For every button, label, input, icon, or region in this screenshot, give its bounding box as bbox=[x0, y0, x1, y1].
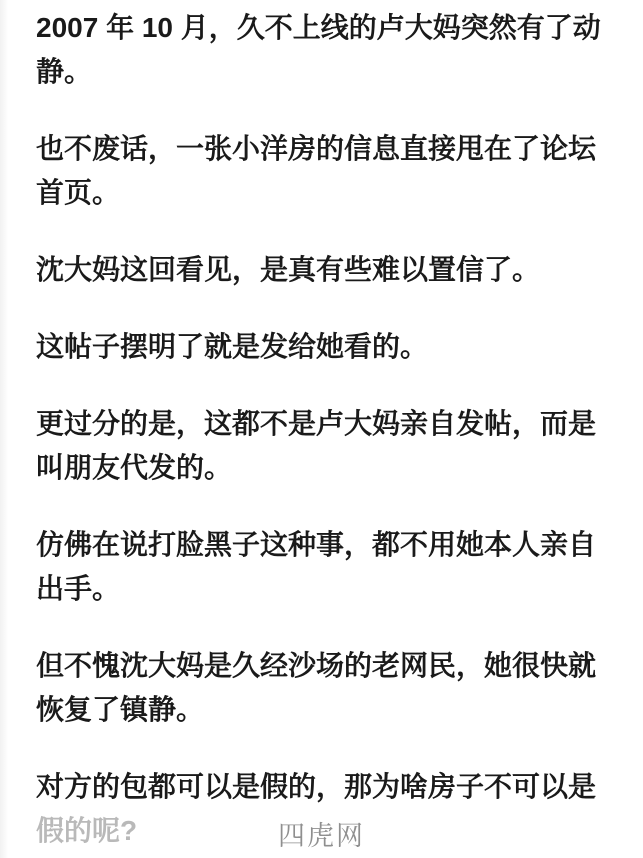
paragraph: 更过分的是，这都不是卢大妈亲自发帖，而是叫朋友代发的。 bbox=[36, 402, 610, 490]
watermark-text: 四虎网 bbox=[278, 818, 365, 854]
paragraph: 沈大妈这回看见，是真有些难以置信了。 bbox=[36, 248, 610, 292]
paragraph: 仿佛在说打脸黑子这种事，都不用她本人亲自出手。 bbox=[36, 523, 610, 611]
paragraph: 也不废话，一张小洋房的信息直接甩在了论坛首页。 bbox=[36, 127, 610, 215]
paragraph: 这帖子摆明了就是发给她看的。 bbox=[36, 325, 610, 369]
paragraph-text: 对方的包都可以是假的，那为啥房子不可以是 bbox=[36, 771, 596, 802]
paragraph: 2007 年 10 月，久不上线的卢大妈突然有了动静。 bbox=[36, 6, 610, 94]
paragraph-faded-text: 假的呢? bbox=[36, 815, 137, 846]
novel-text-page: 2007 年 10 月，久不上线的卢大妈突然有了动静。 也不废话，一张小洋房的信… bbox=[0, 0, 643, 853]
paragraph: 但不愧沈大妈是久经沙场的老网民，她很快就恢复了镇静。 bbox=[36, 644, 610, 732]
